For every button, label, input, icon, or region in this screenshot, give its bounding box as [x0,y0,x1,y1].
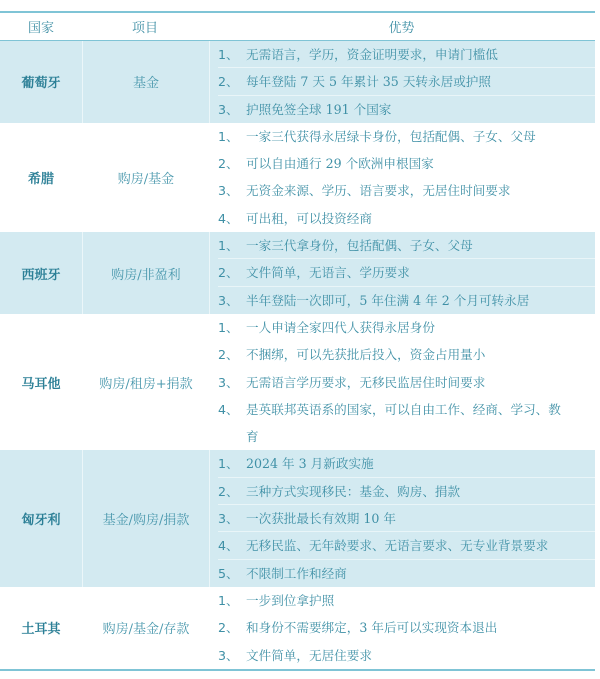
advantage-item: 3、无需语言学历要求，无移民监居住时间要求 [218,369,595,396]
item-text: 文件简单，无语言、学历要求 [246,265,410,280]
table-row: 葡萄牙基金1、无需语言，学历，资金证明要求，申请门槛低2、每年登陆 7 天 5 … [0,41,595,123]
advantages-cell: 1、一家三代获得永居绿卡身份，包括配偶、子女、父母2、可以自由通行 29 个欧洲… [210,123,595,232]
item-text: 育 [246,429,259,444]
advantage-item: 4、是英联邦英语系的国家，可以自由工作、经商、学习、教 [218,396,595,423]
country-cell: 葡萄牙 [0,41,83,123]
item-text: 无需语言，学历，资金证明要求，申请门槛低 [246,47,498,62]
item-number: 2、 [218,68,246,95]
item-text: 无移民监、无年龄要求、无语言要求、无专业背景要求 [246,538,548,553]
project-cell: 购房/非盈利 [83,232,210,314]
advantages-cell: 1、一人申请全家四代人获得永居身份2、不捆绑，可以先获批后投入，资金占用量小3、… [210,314,595,450]
item-text: 可以自由通行 29 个欧洲申根国家 [246,156,434,171]
item-text: 三种方式实现移民：基金、购房、捐款 [246,484,460,499]
item-number: 4、 [218,205,246,232]
advantages-cell: 1、无需语言，学历，资金证明要求，申请门槛低2、每年登陆 7 天 5 年累计 3… [210,41,595,123]
item-number: 1、 [218,232,246,259]
table-row: 希腊购房/基金1、一家三代获得永居绿卡身份，包括配偶、子女、父母2、可以自由通行… [0,123,595,232]
item-number: 2、 [218,341,246,368]
header-project: 项目 [82,17,208,36]
advantage-item: 1、一步到位拿护照 [218,587,595,614]
item-text: 每年登陆 7 天 5 年累计 35 天转永居或护照 [246,74,491,89]
table-row: 西班牙购房/非盈利1、一家三代拿身份，包括配偶、子女、父母2、文件简单，无语言、… [0,232,595,314]
item-text: 一人申请全家四代人获得永居身份 [246,320,435,335]
project-cell: 购房/基金 [83,123,210,232]
item-number: 1、 [218,314,246,341]
country-cell: 马耳他 [0,314,83,450]
item-text: 是英联邦英语系的国家，可以自由工作、经商、学习、教 [246,402,561,417]
immigration-comparison-table: 国家 项目 优势 葡萄牙基金1、无需语言，学历，资金证明要求，申请门槛低2、每年… [0,11,595,671]
header-advantages: 优势 [208,17,595,36]
item-number: 4、 [218,532,246,559]
advantage-item: 3、一次获批最长有效期 10 年 [218,505,595,532]
item-number: 1、 [218,41,246,68]
header-country: 国家 [0,17,82,36]
item-text: 一家三代拿身份，包括配偶、子女、父母 [246,238,473,253]
item-text: 和身份不需要绑定，3 年后可以实现资本退出 [246,620,497,635]
country-cell: 匈牙利 [0,450,83,586]
advantage-item: 1、2024 年 3 月新政实施 [218,450,595,477]
advantage-item: 2、文件简单，无语言、学历要求 [218,259,595,286]
advantage-item: 3、文件简单，无居住要求 [218,642,595,669]
country-cell: 希腊 [0,123,83,232]
project-cell: 基金/购房/捐款 [83,450,210,586]
item-number: 2、 [218,614,246,641]
item-number: 3、 [218,177,246,204]
table-row: 匈牙利基金/购房/捐款1、2024 年 3 月新政实施2、三种方式实现移民：基金… [0,450,595,586]
advantage-item: 5、不限制工作和经商 [218,560,595,587]
advantage-item: 4、可出租，可以投资经商 [218,205,595,232]
advantage-item: 3、无资金来源、学历、语言要求，无居住时间要求 [218,177,595,204]
advantage-item: 2、可以自由通行 29 个欧洲申根国家 [218,150,595,177]
item-number: 5、 [218,560,246,587]
item-number: 3、 [218,287,246,314]
item-text: 护照免签全球 191 个国家 [246,102,391,117]
advantage-item: 1、无需语言，学历，资金证明要求，申请门槛低 [218,41,595,68]
item-number: 1、 [218,587,246,614]
advantage-item: 4、无移民监、无年龄要求、无语言要求、无专业背景要求 [218,532,595,559]
item-number: 3、 [218,505,246,532]
item-number: 2、 [218,478,246,505]
advantages-cell: 1、2024 年 3 月新政实施2、三种方式实现移民：基金、购房、捐款3、一次获… [210,450,595,586]
item-text: 一家三代获得永居绿卡身份，包括配偶、子女、父母 [246,129,536,144]
item-text: 一步到位拿护照 [246,593,334,608]
advantage-item: 育 [218,423,595,450]
table-row: 马耳他购房/租房+捐款1、一人申请全家四代人获得永居身份2、不捆绑，可以先获批后… [0,314,595,450]
item-text: 文件简单，无居住要求 [246,648,372,663]
item-number: 3、 [218,369,246,396]
item-text: 一次获批最长有效期 10 年 [246,511,396,526]
advantage-item: 2、不捆绑，可以先获批后投入，资金占用量小 [218,341,595,368]
item-text: 可出租，可以投资经商 [246,211,372,226]
country-cell: 西班牙 [0,232,83,314]
item-number: 3、 [218,642,246,669]
advantage-item: 1、一人申请全家四代人获得永居身份 [218,314,595,341]
advantage-item: 1、一家三代拿身份，包括配偶、子女、父母 [218,232,595,259]
advantages-cell: 1、一步到位拿护照2、和身份不需要绑定，3 年后可以实现资本退出3、文件简单，无… [210,587,595,669]
advantages-cell: 1、一家三代拿身份，包括配偶、子女、父母2、文件简单，无语言、学历要求3、半年登… [210,232,595,314]
advantage-item: 2、和身份不需要绑定，3 年后可以实现资本退出 [218,614,595,641]
table-row: 土耳其购房/基金/存款1、一步到位拿护照2、和身份不需要绑定，3 年后可以实现资… [0,587,595,669]
project-cell: 购房/租房+捐款 [83,314,210,450]
item-text: 2024 年 3 月新政实施 [246,456,374,471]
item-text: 无资金来源、学历、语言要求，无居住时间要求 [246,183,510,198]
advantage-item: 2、每年登陆 7 天 5 年累计 35 天转永居或护照 [218,68,595,95]
country-cell: 土耳其 [0,587,83,669]
advantage-item: 3、护照免签全球 191 个国家 [218,96,595,123]
item-text: 不捆绑，可以先获批后投入，资金占用量小 [246,347,485,362]
item-number: 1、 [218,450,246,477]
advantage-item: 1、一家三代获得永居绿卡身份，包括配偶、子女、父母 [218,123,595,150]
advantage-item: 2、三种方式实现移民：基金、购房、捐款 [218,478,595,505]
project-cell: 购房/基金/存款 [83,587,210,669]
table-body: 葡萄牙基金1、无需语言，学历，资金证明要求，申请门槛低2、每年登陆 7 天 5 … [0,41,595,669]
item-number: 4、 [218,396,246,423]
item-number: 2、 [218,150,246,177]
item-number: 2、 [218,259,246,286]
advantage-item: 3、半年登陆一次即可，5 年住满 4 年 2 个月可转永居 [218,287,595,314]
project-cell: 基金 [83,41,210,123]
item-number: 3、 [218,96,246,123]
item-text: 半年登陆一次即可，5 年住满 4 年 2 个月可转永居 [246,293,529,308]
table-header: 国家 项目 优势 [0,13,595,41]
item-text: 不限制工作和经商 [246,566,347,581]
item-text: 无需语言学历要求，无移民监居住时间要求 [246,375,485,390]
item-number: 1、 [218,123,246,150]
